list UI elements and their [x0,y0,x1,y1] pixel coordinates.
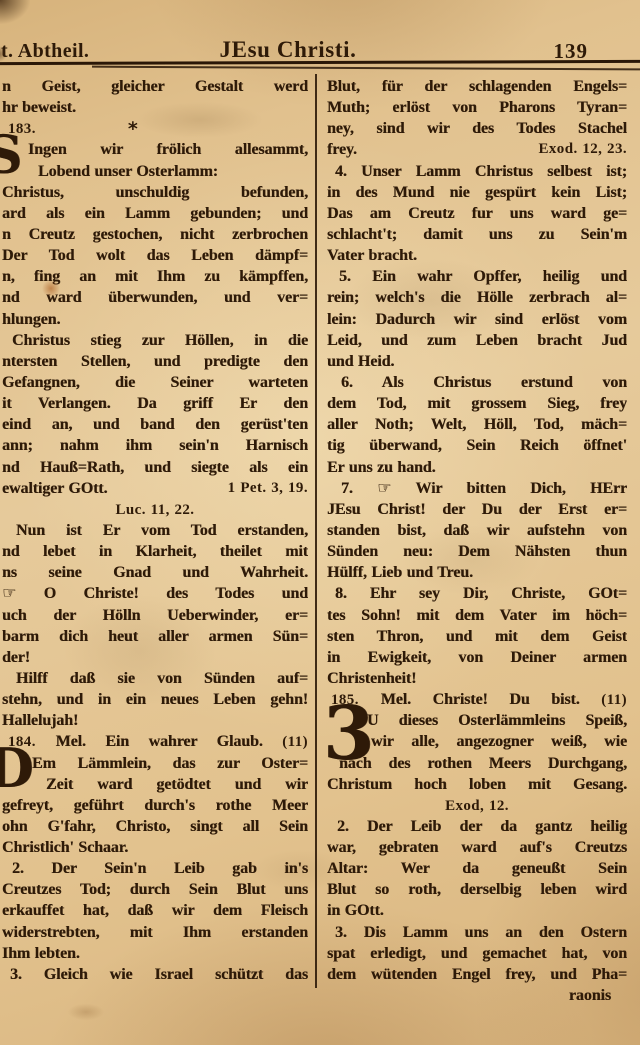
text-line: ns seine Gnad und Wahrheit. [2,562,308,583]
text-segment: barm dich heut aller armen Sün= [2,628,308,645]
text-line: aller Noth; Welt, Höll, Tod, mäch= [327,414,627,435]
text-segment: it Verlangen. Da griff Er den [2,395,308,412]
text-segment: ntersten Stellen, und predigte den [2,353,308,370]
text-line: in des Mund nie gespürt kein List; [327,182,627,203]
text-segment: rein; welch's die Hölle zerbrach al= [327,289,627,306]
text-line: barm dich heut aller armen Sün= [2,626,308,647]
text-segment: Er uns zu hand. [327,459,436,476]
running-title: JEsu Christi. [220,37,357,63]
text-line: n Creutz gestochen, nicht zerbrochen [2,224,308,245]
text-segment: tig überwand, Sein Reich öffnet' [327,437,627,454]
text-line: 3. Gleich wie Israel schützt das [2,964,308,985]
text-segment: Nun ist Er vom Tod erstanden, [16,522,308,539]
text-line: 2. Der Leib der da gantz heilig [327,816,627,837]
text-segment: 8. Ehr sey Dir, Christe, GOt= [335,585,627,602]
text-segment: ns seine Gnad und Wahrheit. [2,564,308,581]
text-segment: stehn, und in ein neues Leben gehn! [2,691,308,708]
ink-stain [41,281,61,296]
text-line: gefreyt, geführt durch's rothe Meer [2,795,308,816]
header-rule-secondary [92,65,640,69]
text-segment: Christus stieg zur Höllen, in die [12,332,308,349]
scripture-reference: Exod. 12, 23. [539,139,628,160]
text-line: JEsu Christ! der Du der Erst er= [327,499,627,520]
text-line: ewaltiger GOtt.1 Pet. 3, 19. [2,478,308,499]
text-segment: ☞ O Christe! des Todes und [2,585,308,602]
text-segment: Zeit ward getödtet und wir [46,776,308,793]
text-segment: hlungen. [2,311,60,328]
text-line: sten Thron, und mit dem Geist [327,626,627,647]
text-line: uch der Hölln Ueberwinder, er= [2,605,308,626]
edge-stain [0,46,6,62]
text-line: Blut so roth, derselbig leben wird [327,879,627,900]
text-segment: Lobend unser Osterlamm: [38,163,218,180]
text-segment: Christlich' Schaar. [2,839,128,856]
text-segment: eind an, und band den gerüst'ten [2,416,308,433]
text-segment: Altar: Wer da geneußt Sein [327,860,627,877]
text-line: ntersten Stellen, und predigte den [2,351,308,372]
text-segment: in Ewigkeit, von Deiner armen [327,649,627,666]
text-segment: Muth; erlöst von Pharons Tyran= [327,99,627,116]
text-line: Christlich' Schaar. [2,837,308,858]
text-segment: Vater bracht. [327,247,417,264]
text-line: Hallelujah! [2,710,308,731]
text-segment: in GOtt. [327,902,384,919]
text-line: 7. ☞ Wir bitten Dich, HErr [327,478,627,499]
text-segment: 3. Gleich wie Israel schützt das [10,966,308,983]
text-line: Creutzes Tod; durch Sein Blut uns [2,879,308,900]
text-line: Leid, und zum Leben bracht Jud [327,330,627,351]
text-segment: nd Hauß=Rath, und siegte als ein [2,459,308,476]
text-segment: (11) [282,734,308,750]
text-segment: der! [2,649,30,666]
text-segment: lein: Dadurch wir sind erlöst vom [327,311,627,328]
text-line: 8. Ehr sey Dir, Christe, GOt= [327,583,627,604]
text-line: und Heid. [327,351,627,372]
text-segment: gefreyt, geführt durch's rothe Meer [2,797,308,814]
text-segment: in des Mund nie gespürt kein List; [327,184,627,201]
page-header: t. Abtheil. JEsu Christi. 139 [0,36,640,62]
text-segment: Das am Creutz fur uns ward ge= [327,205,627,222]
text-segment: Hallelujah! [2,712,78,729]
text-line: Er uns zu hand. [327,457,627,478]
text-line: ney, sind wir des Todes Stachel [327,118,627,139]
text-line: 3. Dis Lamm uns an den Ostern [327,922,627,943]
text-line: stehn, und in ein neues Leben gehn! [2,689,308,710]
text-line: eind an, und band den gerüst'ten [2,414,308,435]
text-segment: widerstrebten, mit Ihm erstanden [2,924,308,941]
text-segment: frey. [327,139,357,160]
text-segment: erkauffet hat, daß wir dem Fleisch [2,902,308,919]
text-segment: aller Noth; Welt, Höll, Tod, mäch= [327,416,627,433]
text-segment: (11) [601,692,627,708]
text-line: Lobend unser Osterlamm: [2,161,308,182]
text-segment: wir alle, angezogner weiß, wie [371,733,627,750]
text-line: 2. Der Sein'n Leib gab in's [2,858,308,879]
text-segment: ney, sind wir des Todes Stachel [327,120,627,137]
text-segment: JEsu Christ! der Du der Erst er= [327,501,627,518]
page-corner-shadow [0,0,30,24]
text-line: Muth; erlöst von Pharons Tyran= [327,97,627,118]
text-segment: Christenheit! [327,670,416,687]
text-line: standen bist, daß wir aufstehn von [327,520,627,541]
text-segment: 4. Unser Lamm Christus selbest ist; [335,163,627,180]
text-segment: standen bist, daß wir aufstehn von [327,522,627,539]
text-segment: 7. ☞ Wir bitten Dich, HErr [341,480,627,497]
text-line: Das am Creutz fur uns ward ge= [327,203,627,224]
text-line: spat erledigt, und gemachet hat, von [327,943,627,964]
text-segment: Gefangnen, die Seiner warteten [2,374,308,391]
text-line: Altar: Wer da geneußt Sein [327,858,627,879]
text-line: 5. Ein wahr Opffer, heilig und [327,266,627,287]
text-segment: ewaltiger GOtt. [2,478,107,499]
text-segment: nach des rothen Meers Durchgang, [339,755,627,772]
text-segment: Leid, und zum Leben bracht Jud [327,332,627,349]
right-column: 3 Blut, für der schlagenden Engels=Muth;… [327,76,627,1006]
text-segment: dem Tod, mit grossem Sieg, frey [327,395,627,412]
text-line: ohn G'fahr, Christo, singt all Sein [2,816,308,837]
text-segment: tes Sohn! mit dem Vater im höch= [327,607,627,624]
text-line: lein: Dadurch wir sind erlöst vom [327,309,627,330]
book-page: t. Abtheil. JEsu Christi. 139 S D n Geis… [0,0,640,1045]
section-label: t. Abtheil. [1,40,89,63]
text-line: Em Lämmlein, das zur Oster= [2,753,308,774]
text-segment: nd lebet in Klarheit, theilet mit [2,543,308,560]
text-line: Christus, unschuldig befunden, [2,182,308,203]
text-segment: 6. Als Christus erstund von [341,374,627,391]
text-line: ann; nahm ihm sein'n Harnisch [2,435,308,456]
text-line: 183.* [2,118,308,139]
text-segment: Sünden neu: Dem Nähsten thun [327,543,627,560]
text-line: widerstrebten, mit Ihm erstanden [2,922,308,943]
text-segment: Christum hoch loben mit Gesang. [327,776,627,793]
text-segment: ohn G'fahr, Christo, singt all Sein [2,818,308,835]
text-segment: n Geist, gleicher Gestalt werd [2,78,308,95]
text-segment: Creutzes Tod; durch Sein Blut uns [2,881,308,898]
text-segment: hr beweist. [2,99,76,116]
text-line: Zeit ward getödtet und wir [2,774,308,795]
text-segment: Exod, 12. [445,798,509,814]
text-line: dem wütenden Engel frey, und Pha= [327,964,627,985]
text-segment: Hilff daß sie von Sünden auf= [16,670,308,687]
text-segment: sten Thron, und mit dem Geist [327,628,627,645]
text-line: hlungen. [2,309,308,330]
text-segment: Em Lämmlein, das zur Oster= [32,755,308,772]
text-line: tes Sohn! mit dem Vater im höch= [327,605,627,626]
text-segment: Blut, für der schlagenden Engels= [327,78,627,95]
text-segment: 2. Der Sein'n Leib gab in's [12,860,308,877]
text-line: Nun ist Er vom Tod erstanden, [2,520,308,541]
text-segment: 3. Dis Lamm uns an den Ostern [335,924,627,941]
text-line: tig überwand, Sein Reich öffnet' [327,435,627,456]
text-segment: und Heid. [327,353,394,370]
text-line: Christus stieg zur Höllen, in die [2,330,308,351]
drop-cap-s: S [0,132,23,180]
text-line: 184. Mel. Ein wahrer Glaub. (11) [2,731,308,752]
text-line: nd Hauß=Rath, und siegte als ein [2,457,308,478]
text-line: dem Tod, mit grossem Sieg, frey [327,393,627,414]
text-segment: uch der Hölln Ueberwinder, er= [2,607,308,624]
text-line: war, gebraten ward auf's Creutzs [327,837,627,858]
text-line: schlacht't; damit uns zu Sein'm [327,224,627,245]
text-segment: Ihm lebten. [2,945,80,962]
text-segment: n Creutz gestochen, nicht zerbrochen [2,226,308,243]
text-line: Gefangnen, die Seiner warteten [2,372,308,393]
text-segment: Ingen wir frölich allesammt, [28,141,308,158]
text-line: in Ewigkeit, von Deiner armen [327,647,627,668]
text-segment: Der Tod wolt das Leben dämpf= [2,247,308,264]
text-line: Luc. 11, 22. [2,499,308,520]
text-line: Vater bracht. [327,245,627,266]
text-line: der! [2,647,308,668]
column-divider [315,74,317,988]
text-line: Hilff daß sie von Sünden auf= [2,668,308,689]
text-line: frey.Exod. 12, 23. [327,139,627,160]
text-segment: U dieses Osterlämmleins Speiß, [367,712,627,729]
text-segment: Christus, unschuldig befunden, [2,184,308,201]
text-segment: ann; nahm ihm sein'n Harnisch [2,437,308,454]
text-line: rein; welch's die Hölle zerbrach al= [327,287,627,308]
text-segment: 5. Ein wahr Opffer, heilig und [339,268,627,285]
text-line: n Geist, gleicher Gestalt werd [2,76,308,97]
text-line: Der Tod wolt das Leben dämpf= [2,245,308,266]
floral-ornament-icon: * [128,120,138,138]
text-line: hr beweist. [2,97,308,118]
text-line: in GOtt. [327,900,627,921]
text-line: ard als ein Lamm gebunden; und [2,203,308,224]
text-segment: ard als ein Lamm gebunden; und [2,205,308,222]
text-line: erkauffet hat, daß wir dem Fleisch [2,900,308,921]
text-segment: Hülff, Lieb und Treu. [327,564,473,581]
text-line: Ingen wir frölich allesammt, [2,139,308,160]
drop-cap-d: D [0,744,34,794]
text-segment: dem wütenden Engel frey, und Pha= [327,966,627,983]
text-line: Blut, für der schlagenden Engels= [327,76,627,97]
text-segment: 2. Der Leib der da gantz heilig [337,818,627,835]
text-segment: schlacht't; damit uns zu Sein'm [327,226,627,243]
text-segment: war, gebraten ward auf's Creutzs [327,839,627,856]
left-column: S D n Geist, gleicher Gestalt werdhr bew… [2,76,308,985]
text-line: Ihm lebten. [2,943,308,964]
text-line: Hülff, Lieb und Treu. [327,562,627,583]
text-line: ☞ O Christe! des Todes und [2,583,308,604]
text-segment: spat erledigt, und gemachet hat, von [327,945,627,962]
scripture-reference: 1 Pet. 3, 19. [228,478,308,499]
text-segment: Luc. 11, 22. [116,502,195,518]
text-line: Sünden neu: Dem Nähsten thun [327,541,627,562]
text-line: Exod, 12. [327,795,627,816]
text-line: 4. Unser Lamm Christus selbest ist; [327,161,627,182]
text-segment: raonis [569,987,611,1004]
drop-cap-z: 3 [323,700,375,768]
text-line: raonis [327,985,627,1006]
text-line: it Verlangen. Da griff Er den [2,393,308,414]
text-segment: Blut so roth, derselbig leben wird [327,881,627,898]
text-line: 6. Als Christus erstund von [327,372,627,393]
text-line: Christenheit! [327,668,627,689]
text-line: nd lebet in Klarheit, theilet mit [2,541,308,562]
text-segment: Mel. Ein wahrer Glaub. [56,733,283,750]
text-segment: Mel. Christe! Du bist. [381,691,602,708]
